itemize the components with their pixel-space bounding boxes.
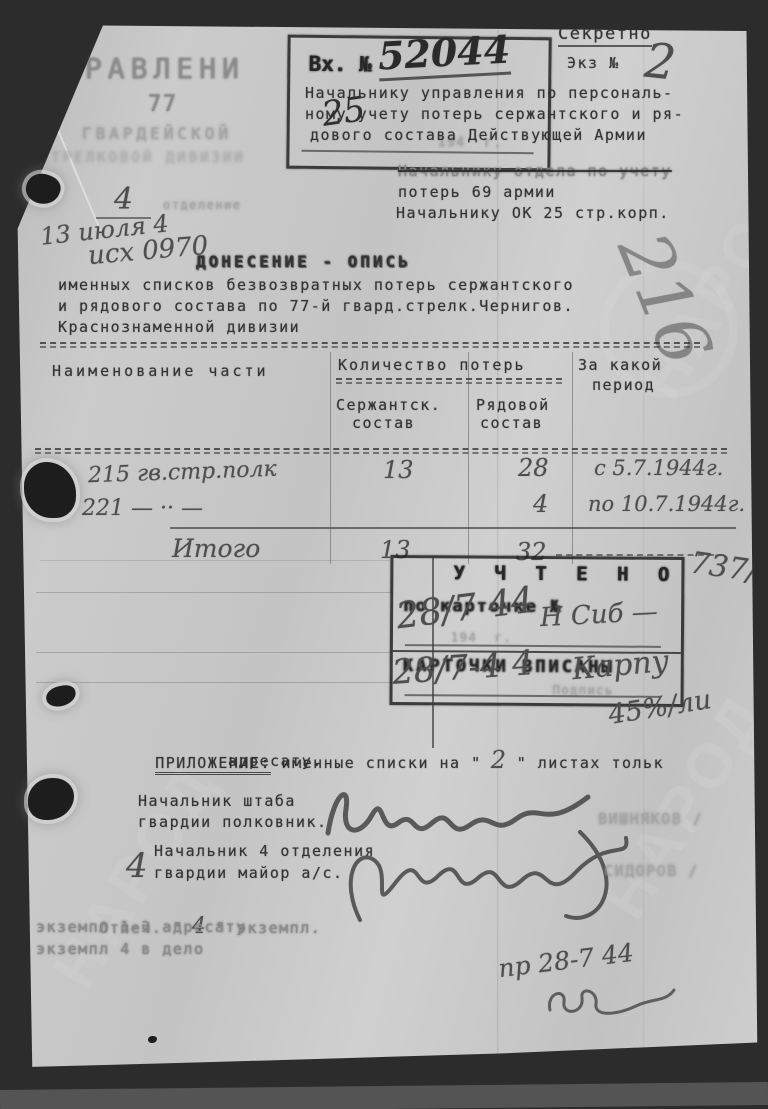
signer2-rank: гвардии майор а/с. <box>154 864 344 882</box>
letterhead-unit-type: ГВАРДЕЙСКОЙ <box>82 124 232 143</box>
incoming-number-label: Вх. № <box>308 52 371 77</box>
table-column-line <box>572 352 573 564</box>
addressee-line: ному учету потерь сержантского и ря- <box>305 105 684 123</box>
attachment-line2: адресату. <box>228 752 323 770</box>
table-column-line <box>330 352 331 564</box>
pencil-rule-line <box>36 592 392 593</box>
separator-line <box>40 342 700 348</box>
card-number-handwritten: 737/3. <box>688 545 768 593</box>
subject-line: Краснознаменной дивизии <box>58 318 300 336</box>
row-period: с 5.7.1944г. <box>594 456 723 480</box>
total-rule-line <box>170 527 736 529</box>
table-header-private: Рядовой <box>476 396 550 414</box>
table-header-private: состав <box>480 414 543 432</box>
note-handwritten: Н Сиб — <box>539 597 658 633</box>
subject-line: и рядового состава по 77-й гвард.стрелк.… <box>58 297 574 315</box>
table-column-line <box>468 352 469 564</box>
table-header-losses: Количество потерь <box>338 356 526 374</box>
subject-line: именных списков безвозвратных потерь сер… <box>58 276 574 294</box>
addressee-line: Начальнику ОК 25 стр.корп. <box>396 204 670 222</box>
letterhead-org: ПРАВЛЕНИ <box>62 52 245 85</box>
letterhead-unit-type2: СТРЕЛКОВОЙ ДИВИЗИИ <box>40 150 246 166</box>
pencil-rule-line <box>36 682 392 683</box>
addressee-line-struck: Начальнику отдела по учету <box>398 162 672 180</box>
copies-line: экземпл 1-3 адресату <box>36 918 247 936</box>
addressee-line: дового состава Действующей Армии <box>310 126 647 144</box>
row-part: 221 — ·· — <box>82 496 203 521</box>
row-sgt: 13 <box>383 456 414 484</box>
signer1-position: Начальник штаба <box>138 792 296 810</box>
separator-line <box>35 448 727 454</box>
copy-number-label: Экз № <box>567 54 620 72</box>
incoming-number-handwritten: 52044 <box>377 27 512 82</box>
document-paper: НАРОД НАРОД НАРОД Секретно Экз № 2 ПРАВЛ… <box>0 0 768 1109</box>
accounted-title: У Ч Т Е Н О <box>453 562 678 586</box>
attachment-count-handwritten: 2 <box>482 746 517 774</box>
row-period: по 10.7.1944г. <box>588 492 745 516</box>
table-header-sergeant: состав <box>352 414 415 432</box>
row-pvt: 28 <box>518 454 549 482</box>
signer2-name: СИДОРОВ / <box>604 862 699 880</box>
separator-line <box>336 378 562 384</box>
department-label: отделение <box>163 198 242 212</box>
copies-line: экземпл 4 в дело <box>36 940 205 958</box>
check-mark-handwritten: 4 <box>126 846 148 886</box>
pencil-rule-line <box>36 652 392 653</box>
table-header-period: период <box>592 376 655 394</box>
table-header-part: Наименование части <box>52 362 269 380</box>
scanned-document-page: НАРОД НАРОД НАРОД Секретно Экз № 2 ПРАВЛ… <box>0 0 768 1109</box>
row-part: 215 гв.стр.полк <box>88 457 277 489</box>
copy-number-handwritten: 2 <box>642 33 678 92</box>
signer1-rank: гвардии полковник. <box>138 813 328 831</box>
table-header-period: За какой <box>578 356 662 374</box>
addressee-line: потерь 69 армии <box>398 183 556 201</box>
scanner-background-strip <box>0 1082 768 1109</box>
footer-note-handwritten: пр 28-7 44 <box>497 938 636 983</box>
footer-signature <box>540 980 680 1025</box>
accounted-year: 194 г. <box>451 630 512 644</box>
table-header-sergeant: Сержантск. <box>336 396 441 414</box>
addressee-line: Начальнику управления по персональ- <box>305 84 674 102</box>
total-label: Итого <box>172 534 260 563</box>
letterhead-unit-number: 77 <box>148 92 178 117</box>
classification-label: Секретно <box>558 24 652 47</box>
attachment-text: " листах тольк <box>517 754 664 772</box>
row-pvt: 4 <box>533 490 548 518</box>
report-title: ДОНЕСЕНИЕ - ОПИСЬ <box>196 252 411 271</box>
